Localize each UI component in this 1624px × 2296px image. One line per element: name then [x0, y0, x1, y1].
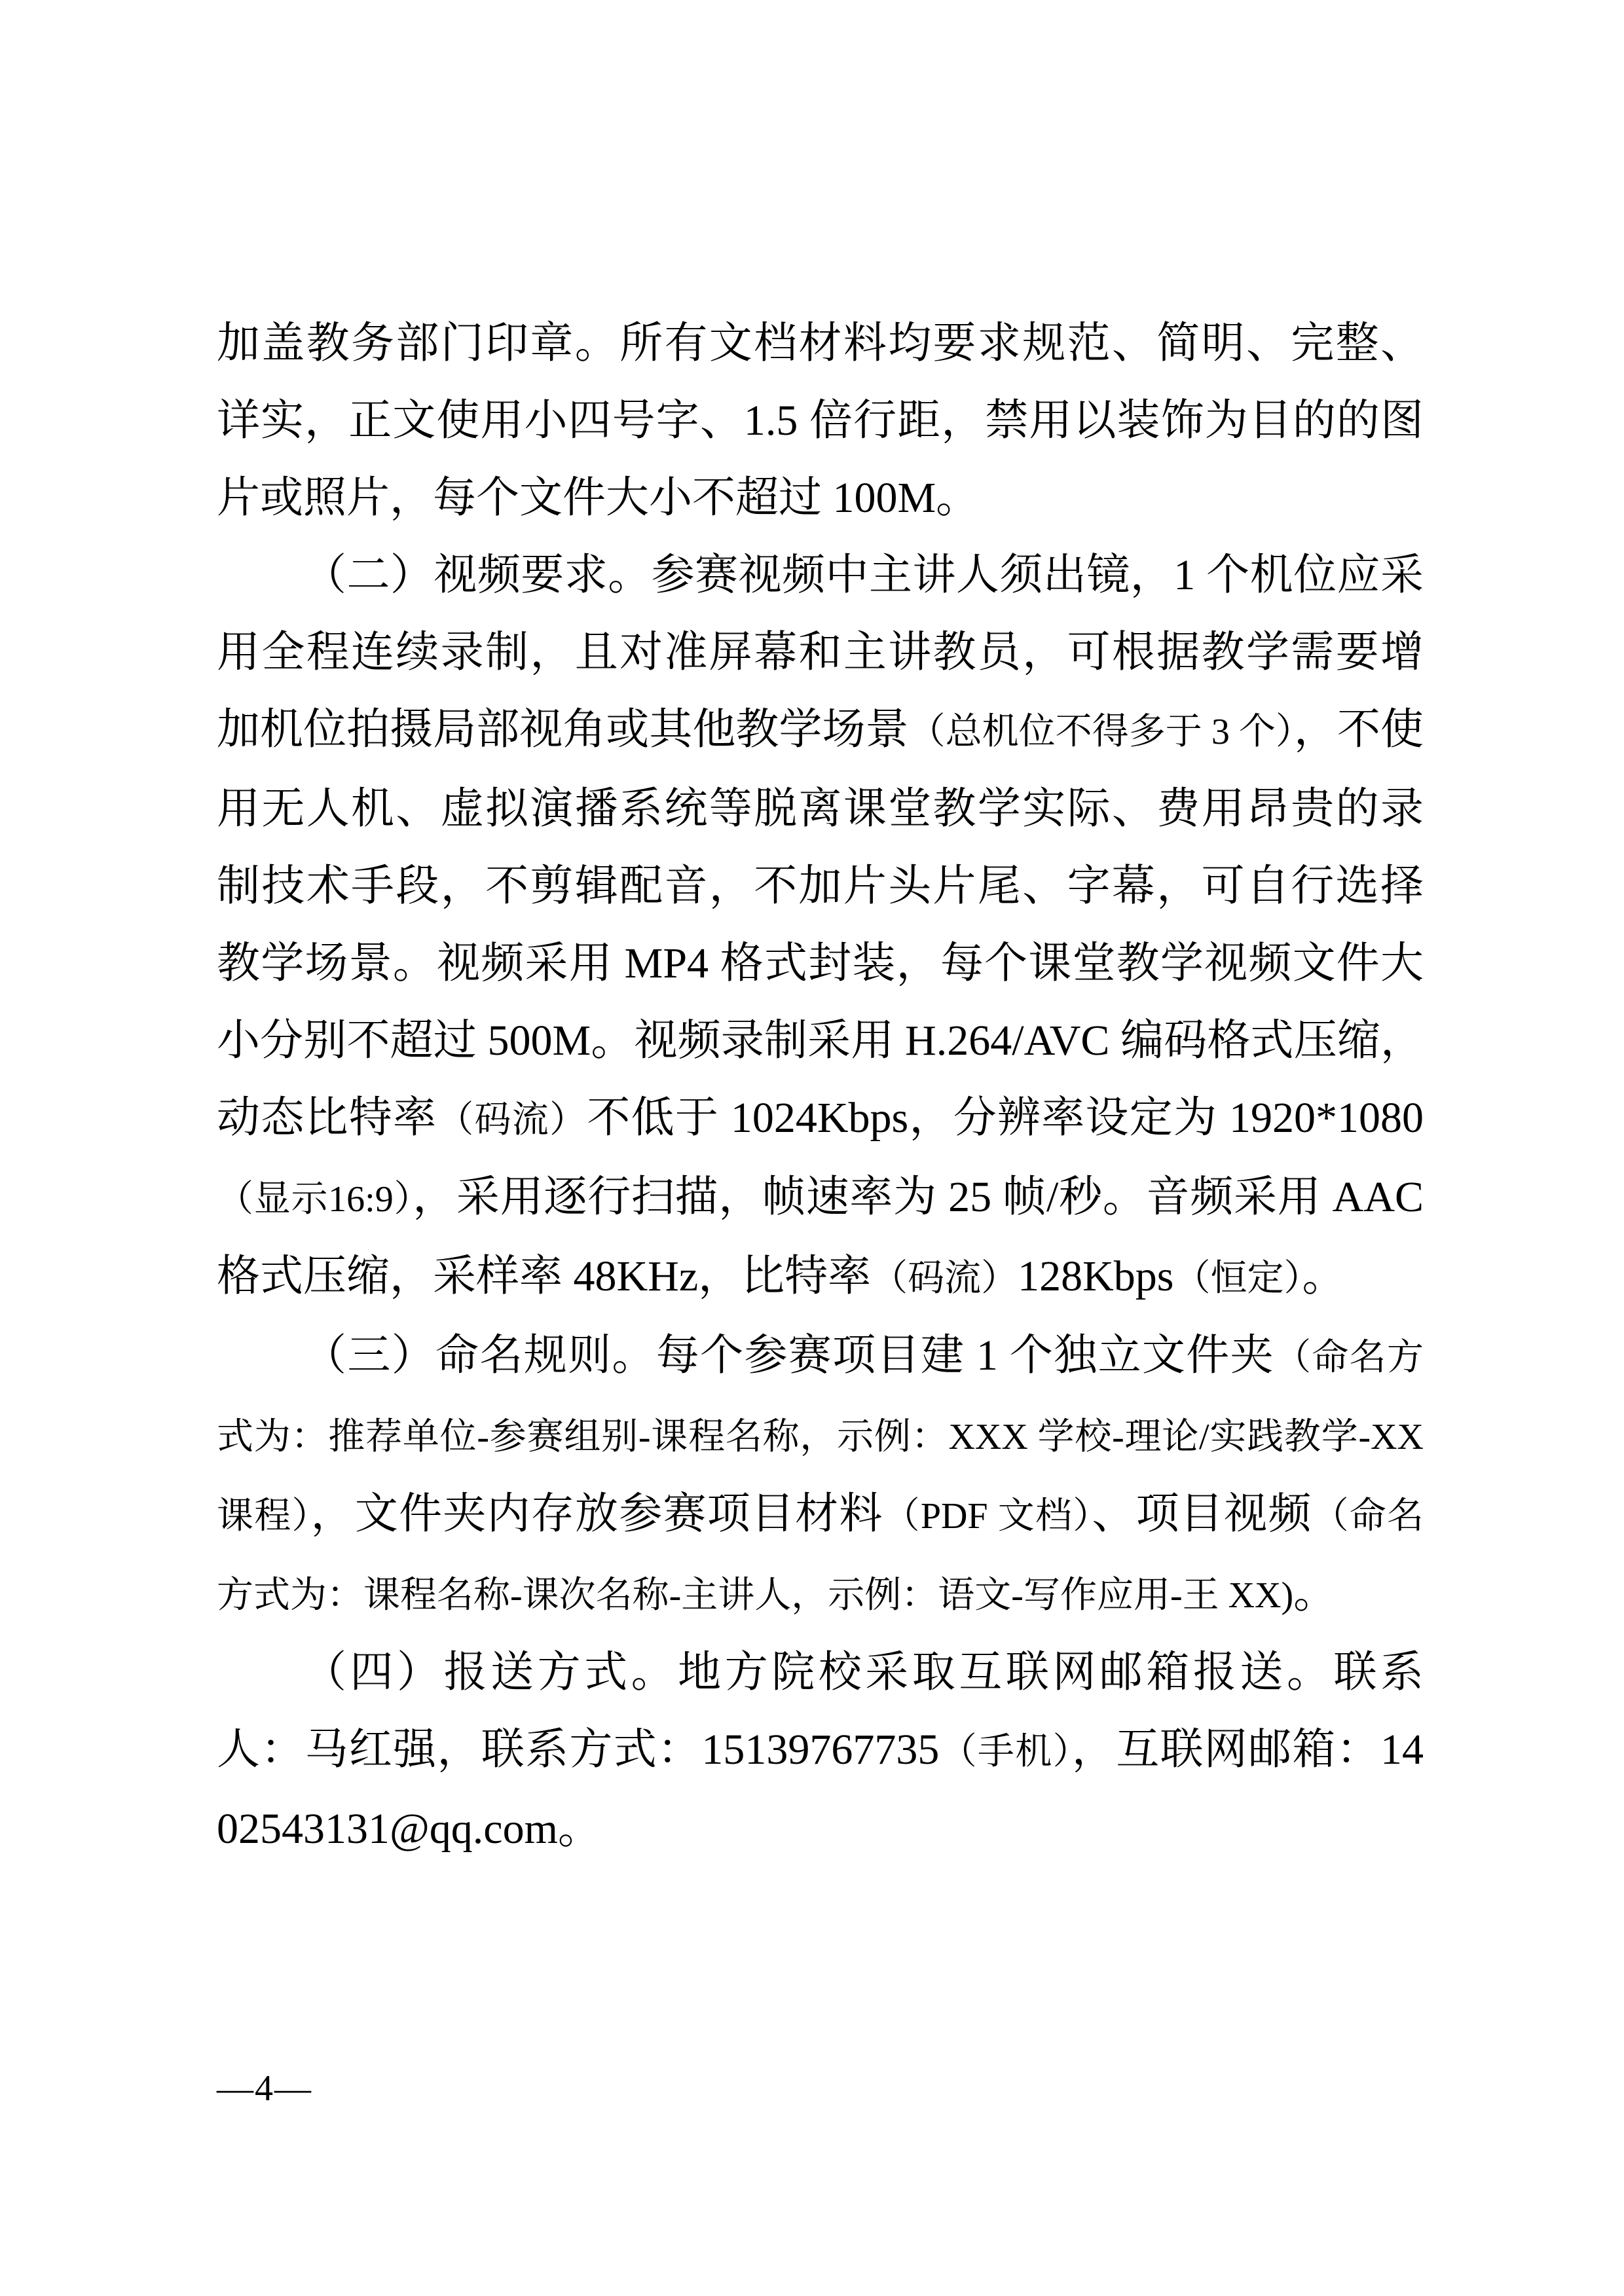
- annotation-run: （恒定）: [1173, 1258, 1302, 1299]
- annotation-run: （手机）: [939, 1732, 1072, 1772]
- paragraph-video-requirements: （二）视频要求。参赛视频中主讲人须出镜，1 个机位应采用全程连续录制，且对准屏幕…: [217, 537, 1424, 1317]
- annotation-run: （总机位不得多于 3 个）: [909, 712, 1294, 752]
- annotation-run: （码流）: [437, 1100, 587, 1140]
- annotation-run: （码流）: [871, 1258, 1018, 1299]
- text-run: 128Kbps: [1018, 1252, 1173, 1300]
- document-page: 加盖教务部门印章。所有文档材料均要求规范、简明、完整、详实，正文使用小四号字、1…: [0, 0, 1624, 2296]
- text-run: （三）命名规则。每个参赛项目建 1 个独立文件夹: [303, 1332, 1274, 1379]
- text-run: 。: [1293, 1569, 1337, 1617]
- text-run: ，不使用无人机、虚拟演播系统等脱离课堂教学实际、费用昂贵的录制技术手段，不剪辑配…: [217, 706, 1424, 1142]
- paragraph-doc-material-requirements: 加盖教务部门印章。所有文档材料均要求规范、简明、完整、详实，正文使用小四号字、1…: [217, 305, 1424, 537]
- text-run: 、项目视频: [1092, 1490, 1312, 1538]
- text-run: 不低于 1024Kbps，分辨率设定为 1920*1080: [587, 1094, 1424, 1142]
- page-number: —4—: [217, 2069, 312, 2108]
- text-run: 加盖教务部门印章。所有文档材料均要求规范、简明、完整、详实，正文使用小四号字、1…: [217, 319, 1424, 522]
- text-run: ，文件夹内存放参赛项目材料: [311, 1490, 883, 1538]
- body-text: 加盖教务部门印章。所有文档材料均要求规范、简明、完整、详实，正文使用小四号字、1…: [217, 305, 1424, 1868]
- text-run: 。: [1302, 1252, 1345, 1300]
- paragraph-submission-method: （四）报送方式。地方院校采取互联网邮箱报送。联系人：马红强，联系方式：15139…: [217, 1634, 1424, 1868]
- paragraph-naming-rules: （三）命名规则。每个参赛项目建 1 个独立文件夹（命名方式为：推荐单位-参赛组别…: [217, 1317, 1424, 1634]
- annotation-run: （显示16:9）: [217, 1179, 413, 1220]
- annotation-run: （PDF 文档）: [883, 1496, 1092, 1537]
